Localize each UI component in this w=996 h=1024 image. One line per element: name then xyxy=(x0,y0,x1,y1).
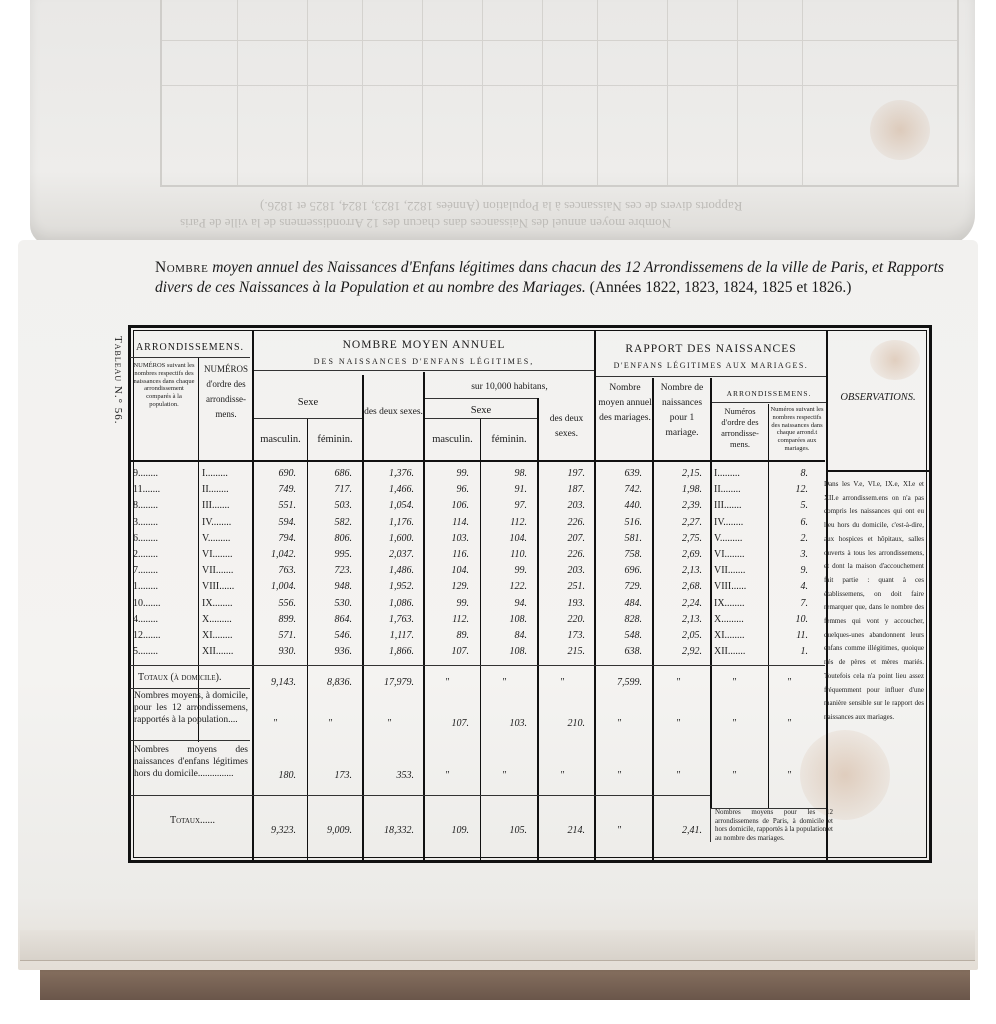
summary-cell-masc: 180. xyxy=(254,770,296,781)
header-arrondissemens: ARRONDISSEMENS. xyxy=(130,342,250,353)
cell-per-mariage: 2,15. xyxy=(654,468,702,479)
cell-b10k: 173. xyxy=(539,630,585,641)
summary-cell-b10k: 210. xyxy=(539,718,585,729)
cell-masc: 749. xyxy=(254,484,296,495)
cell-arr2: VII....... xyxy=(714,565,766,576)
cell-per-mariage: 2,75. xyxy=(654,533,702,544)
cell-b10k: 226. xyxy=(539,517,585,528)
header-observations: OBSERVATIONS. xyxy=(826,392,930,403)
summary-cell-per-mariage: ″ xyxy=(654,770,702,781)
cell-arr: IX........ xyxy=(202,598,250,609)
cell-per-mariage: 2,27. xyxy=(654,517,702,528)
cell-fem: 864. xyxy=(308,614,352,625)
cell-b10k: 251. xyxy=(539,581,585,592)
cell-mariages: 548. xyxy=(596,630,642,641)
cell-arr: X......... xyxy=(202,614,250,625)
summary-cell-per-mariage: ″ xyxy=(654,677,702,688)
cell-mariages: 758. xyxy=(596,549,642,560)
cell-masc: 594. xyxy=(254,517,296,528)
cell-b10k: 215. xyxy=(539,646,585,657)
summary-cell-f10k: 105. xyxy=(481,825,527,836)
cell-arr: VIII...... xyxy=(202,581,250,592)
cell-fem: 530. xyxy=(308,598,352,609)
cell-arr2: V......... xyxy=(714,533,766,544)
cell-masc: 571. xyxy=(254,630,296,641)
cell-b10k: 226. xyxy=(539,549,585,560)
cell-m10k: 104. xyxy=(425,565,469,576)
header-deux-sexes-10000: des deux sexes. xyxy=(539,412,594,442)
cell-rank-mar: 2. xyxy=(770,533,808,544)
cell-per-mariage: 2,24. xyxy=(654,598,702,609)
cell-mariages: 581. xyxy=(596,533,642,544)
cell-m10k: 112. xyxy=(425,614,469,625)
summary-cell-f10k: ″ xyxy=(481,677,527,688)
caption-years: (Années 1822, 1823, 1824, 1825 et 1826.) xyxy=(586,279,852,296)
summary-cell-per-mariage: 2,41. xyxy=(654,825,702,836)
header-masculin: masculin. xyxy=(254,434,307,445)
cell-per-mariage: 2,69. xyxy=(654,549,702,560)
cell-rank-pop: 7........ xyxy=(133,565,195,576)
cell-arr2: X......... xyxy=(714,614,766,625)
cell-m10k: 96. xyxy=(425,484,469,495)
cell-rank-pop: 6........ xyxy=(133,533,195,544)
summary-cell-masc: 9,143. xyxy=(254,677,296,688)
cell-fem: 686. xyxy=(308,468,352,479)
summary-cell-both: 353. xyxy=(364,770,414,781)
cell-f10k: 108. xyxy=(481,646,527,657)
cell-per-mariage: 2,68. xyxy=(654,581,702,592)
cell-both: 1,600. xyxy=(364,533,414,544)
cell-f10k: 110. xyxy=(481,549,527,560)
cell-f10k: 112. xyxy=(481,517,527,528)
header-rule xyxy=(130,460,825,462)
header-numeros-ordre: NUMÉROS d'ordre des arrondisse-mens. xyxy=(200,362,252,422)
summary-cell-rank-mar: ″ xyxy=(770,718,808,729)
cell-both: 1,054. xyxy=(364,500,414,511)
summary-cell-both: 17,979. xyxy=(364,677,414,688)
cell-rank-mar: 5. xyxy=(770,500,808,511)
ghost-caption: Rapports divers de ces Naissances à la P… xyxy=(260,198,742,214)
cell-arr: V......... xyxy=(202,533,250,544)
sub-rule xyxy=(254,418,362,419)
sub-rule xyxy=(425,418,537,419)
cell-mariages: 742. xyxy=(596,484,642,495)
summary-cell-fem: ″ xyxy=(308,718,352,729)
cell-both: 1,117. xyxy=(364,630,414,641)
cell-mariages: 696. xyxy=(596,565,642,576)
cell-rank-pop: 11....... xyxy=(133,484,195,495)
summary-cell-both: ″ xyxy=(364,718,414,729)
cell-masc: 763. xyxy=(254,565,296,576)
label-hors-domicile: Nombres moyens des naissances d'enfans l… xyxy=(134,744,248,780)
cell-m10k: 99. xyxy=(425,598,469,609)
cell-rank-pop: 2........ xyxy=(133,549,195,560)
cell-fem: 717. xyxy=(308,484,352,495)
summary-cell-f10k: 103. xyxy=(481,718,527,729)
cell-rank-mar: 12. xyxy=(770,484,808,495)
cell-rank-pop: 8........ xyxy=(133,500,195,511)
header-numeros-suivant-2: Numéros suivant les nombres respectifs d… xyxy=(770,406,824,453)
summary-cell-b10k: ″ xyxy=(539,770,585,781)
cell-both: 1,952. xyxy=(364,581,414,592)
cell-per-mariage: 2,05. xyxy=(654,630,702,641)
cell-rank-pop: 9........ xyxy=(133,468,195,479)
cell-b10k: 193. xyxy=(539,598,585,609)
cell-f10k: 84. xyxy=(481,630,527,641)
summary-cell-both: 18,332. xyxy=(364,825,414,836)
ghost-caption-2: Nombre moyen annuel des Naissances dans … xyxy=(180,215,671,231)
sub-rule xyxy=(596,376,826,377)
summary-cell-fem: 8,836. xyxy=(308,677,352,688)
summary-cell-mariages: ″ xyxy=(596,825,642,836)
cell-fem: 806. xyxy=(308,533,352,544)
caption-lead: Nombre xyxy=(155,259,208,276)
cell-arr: IV........ xyxy=(202,517,250,528)
cell-both: 1,763. xyxy=(364,614,414,625)
summary-cell-arr2: ″ xyxy=(714,770,754,781)
ghost-table-bleedthrough xyxy=(160,0,959,187)
cell-b10k: 207. xyxy=(539,533,585,544)
cell-per-mariage: 1,98. xyxy=(654,484,702,495)
cell-arr2: VI........ xyxy=(714,549,766,560)
row-rule xyxy=(130,795,710,796)
cell-fem: 723. xyxy=(308,565,352,576)
label-moyens-domicile: Nombres moyens, à domicile, pour les 12 … xyxy=(134,690,248,726)
cell-rank-mar: 11. xyxy=(770,630,808,641)
summary-cell-f10k: ″ xyxy=(481,770,527,781)
header-naissances-pour-mariage: Nombre de naissances pour 1 mariage. xyxy=(654,381,710,441)
header-rapport-sub: D'ENFANS LÉGITIMES AUX MARIAGES. xyxy=(596,360,826,371)
cell-rank-pop: 10....... xyxy=(133,598,195,609)
cell-fem: 995. xyxy=(308,549,352,560)
cell-both: 1,486. xyxy=(364,565,414,576)
header-rapport: RAPPORT DES NAISSANCES xyxy=(596,344,826,355)
cell-rank-mar: 7. xyxy=(770,598,808,609)
cell-f10k: 122. xyxy=(481,581,527,592)
summary-cell-m10k: 109. xyxy=(425,825,469,836)
cell-f10k: 108. xyxy=(481,614,527,625)
cell-m10k: 89. xyxy=(425,630,469,641)
cell-m10k: 99. xyxy=(425,468,469,479)
foxing-stain xyxy=(870,100,930,160)
summary-cell-b10k: 214. xyxy=(539,825,585,836)
cell-arr2: XI........ xyxy=(714,630,766,641)
cell-mariages: 440. xyxy=(596,500,642,511)
cell-m10k: 103. xyxy=(425,533,469,544)
header-sur-10000: sur 10,000 habitans, xyxy=(425,382,594,393)
cell-m10k: 114. xyxy=(425,517,469,528)
col-rule xyxy=(198,357,199,742)
header-nombre-moyen: NOMBRE MOYEN ANNUEL xyxy=(254,340,594,351)
cell-masc: 930. xyxy=(254,646,296,657)
cell-mariages: 639. xyxy=(596,468,642,479)
summary-cell-fem: 9,009. xyxy=(308,825,352,836)
cell-per-mariage: 2,39. xyxy=(654,500,702,511)
sub-rule xyxy=(254,370,594,371)
summary-cell-masc: ″ xyxy=(254,718,296,729)
cell-arr: II........ xyxy=(202,484,250,495)
cell-arr2: II........ xyxy=(714,484,766,495)
cell-arr: XI........ xyxy=(202,630,250,641)
header-numeros-ordre-2: Numéros d'ordre des arrondisse-mens. xyxy=(712,406,768,450)
cell-f10k: 98. xyxy=(481,468,527,479)
label-totaux-domicile: Totaux (à domicile). xyxy=(138,672,221,683)
cell-rank-mar: 1. xyxy=(770,646,808,657)
header-deux-sexes: des deux sexes. xyxy=(364,405,423,420)
cell-fem: 948. xyxy=(308,581,352,592)
cell-masc: 794. xyxy=(254,533,296,544)
row-rule xyxy=(130,740,250,741)
header-feminin-10000: féminin. xyxy=(481,434,537,445)
cell-mariages: 484. xyxy=(596,598,642,609)
cell-mariages: 516. xyxy=(596,517,642,528)
summary-cell-mariages: ″ xyxy=(596,770,642,781)
cell-arr2: IV........ xyxy=(714,517,766,528)
cell-arr2: XII....... xyxy=(714,646,766,657)
cell-rank-pop: 3........ xyxy=(133,517,195,528)
summary-cell-m10k: 107. xyxy=(425,718,469,729)
cell-masc: 899. xyxy=(254,614,296,625)
cell-b10k: 203. xyxy=(539,500,585,511)
obs-rule xyxy=(826,470,929,472)
header-feminin: féminin. xyxy=(308,434,362,445)
cell-both: 1,086. xyxy=(364,598,414,609)
cell-arr: I......... xyxy=(202,468,250,479)
cell-both: 1,176. xyxy=(364,517,414,528)
summary-cell-mariages: ″ xyxy=(596,718,642,729)
cell-b10k: 187. xyxy=(539,484,585,495)
cell-b10k: 220. xyxy=(539,614,585,625)
header-sexe-10000: Sexe xyxy=(425,405,537,416)
cell-fem: 936. xyxy=(308,646,352,657)
page-edge xyxy=(20,930,975,961)
summary-cell-arr2: ″ xyxy=(714,718,754,729)
cell-per-mariage: 2,13. xyxy=(654,565,702,576)
cell-masc: 1,004. xyxy=(254,581,296,592)
cell-f10k: 104. xyxy=(481,533,527,544)
cell-mariages: 729. xyxy=(596,581,642,592)
cell-masc: 551. xyxy=(254,500,296,511)
cell-mariages: 828. xyxy=(596,614,642,625)
cell-both: 2,037. xyxy=(364,549,414,560)
cell-rank-pop: 1........ xyxy=(133,581,195,592)
cell-rank-mar: 3. xyxy=(770,549,808,560)
cell-arr2: I......... xyxy=(714,468,766,479)
col-rule xyxy=(768,404,769,808)
cell-both: 1,376. xyxy=(364,468,414,479)
summary-cell-m10k: ″ xyxy=(425,770,469,781)
cell-arr: XII....... xyxy=(202,646,250,657)
cell-arr2: VIII...... xyxy=(714,581,766,592)
table-caption: Nombre moyen annuel des Naissances d'Enf… xyxy=(155,258,945,298)
cell-m10k: 116. xyxy=(425,549,469,560)
cell-rank-pop: 12....... xyxy=(133,630,195,641)
tableau-number: Tableau N.° 56. xyxy=(112,336,124,425)
cell-per-mariage: 2,13. xyxy=(654,614,702,625)
cell-f10k: 97. xyxy=(481,500,527,511)
cell-rank-mar: 10. xyxy=(770,614,808,625)
header-numeros-suivant: NUMÉROS suivant les nombres respectifs d… xyxy=(132,362,196,409)
summary-cell-arr2: ″ xyxy=(714,677,754,688)
summary-cell-b10k: ″ xyxy=(539,677,585,688)
sub-rule xyxy=(712,402,826,403)
row-rule xyxy=(130,665,825,666)
header-masculin-10000: masculin. xyxy=(425,434,480,445)
summary-cell-rank-mar: ″ xyxy=(770,770,808,781)
cell-rank-pop: 4........ xyxy=(133,614,195,625)
summary-cell-per-mariage: ″ xyxy=(654,718,702,729)
cell-b10k: 197. xyxy=(539,468,585,479)
sub-rule xyxy=(425,398,537,399)
row-rule xyxy=(130,688,250,689)
cell-fem: 503. xyxy=(308,500,352,511)
cell-both: 1,466. xyxy=(364,484,414,495)
cell-f10k: 94. xyxy=(481,598,527,609)
cell-rank-mar: 9. xyxy=(770,565,808,576)
cell-m10k: 107. xyxy=(425,646,469,657)
header-nombre-mariages: Nombre moyen annuel des mariages. xyxy=(598,381,652,426)
cell-arr: VI........ xyxy=(202,549,250,560)
cell-rank-mar: 6. xyxy=(770,517,808,528)
header-nombre-moyen-sub: DES NAISSANCES D'ENFANS LÉGITIMES, xyxy=(254,356,594,367)
summary-cell-m10k: ″ xyxy=(425,677,469,688)
cell-arr: III....... xyxy=(202,500,250,511)
upper-page-verso: Rapports divers de ces Naissances à la P… xyxy=(30,0,975,245)
cell-fem: 582. xyxy=(308,517,352,528)
cell-m10k: 129. xyxy=(425,581,469,592)
cell-m10k: 106. xyxy=(425,500,469,511)
footnote-moyens: Nombres moyens pour les 12 arrondissemen… xyxy=(710,808,833,842)
cell-f10k: 99. xyxy=(481,565,527,576)
header-sexe: Sexe xyxy=(254,397,362,408)
summary-cell-mariages: 7,599. xyxy=(596,677,642,688)
cell-fem: 546. xyxy=(308,630,352,641)
cell-rank-mar: 8. xyxy=(770,468,808,479)
cell-masc: 690. xyxy=(254,468,296,479)
summary-cell-fem: 173. xyxy=(308,770,352,781)
summary-cell-rank-mar: ″ xyxy=(770,677,808,688)
cell-masc: 1,042. xyxy=(254,549,296,560)
label-totaux: Totaux...... xyxy=(170,815,215,826)
cell-b10k: 203. xyxy=(539,565,585,576)
cell-rank-pop: 5........ xyxy=(133,646,195,657)
cell-arr2: IX........ xyxy=(714,598,766,609)
cell-both: 1,866. xyxy=(364,646,414,657)
cell-arr2: III....... xyxy=(714,500,766,511)
sub-rule xyxy=(130,357,250,358)
cell-arr: VII....... xyxy=(202,565,250,576)
cell-per-mariage: 2,92. xyxy=(654,646,702,657)
header-arrondissemens-2: ARRONDISSEMENS. xyxy=(712,388,826,399)
cell-masc: 556. xyxy=(254,598,296,609)
cell-f10k: 91. xyxy=(481,484,527,495)
summary-cell-masc: 9,323. xyxy=(254,825,296,836)
observation-note: Dans les V.e, VI.e, IX.e, XI.e et XII.e … xyxy=(824,478,924,725)
cell-mariages: 638. xyxy=(596,646,642,657)
cell-rank-mar: 4. xyxy=(770,581,808,592)
